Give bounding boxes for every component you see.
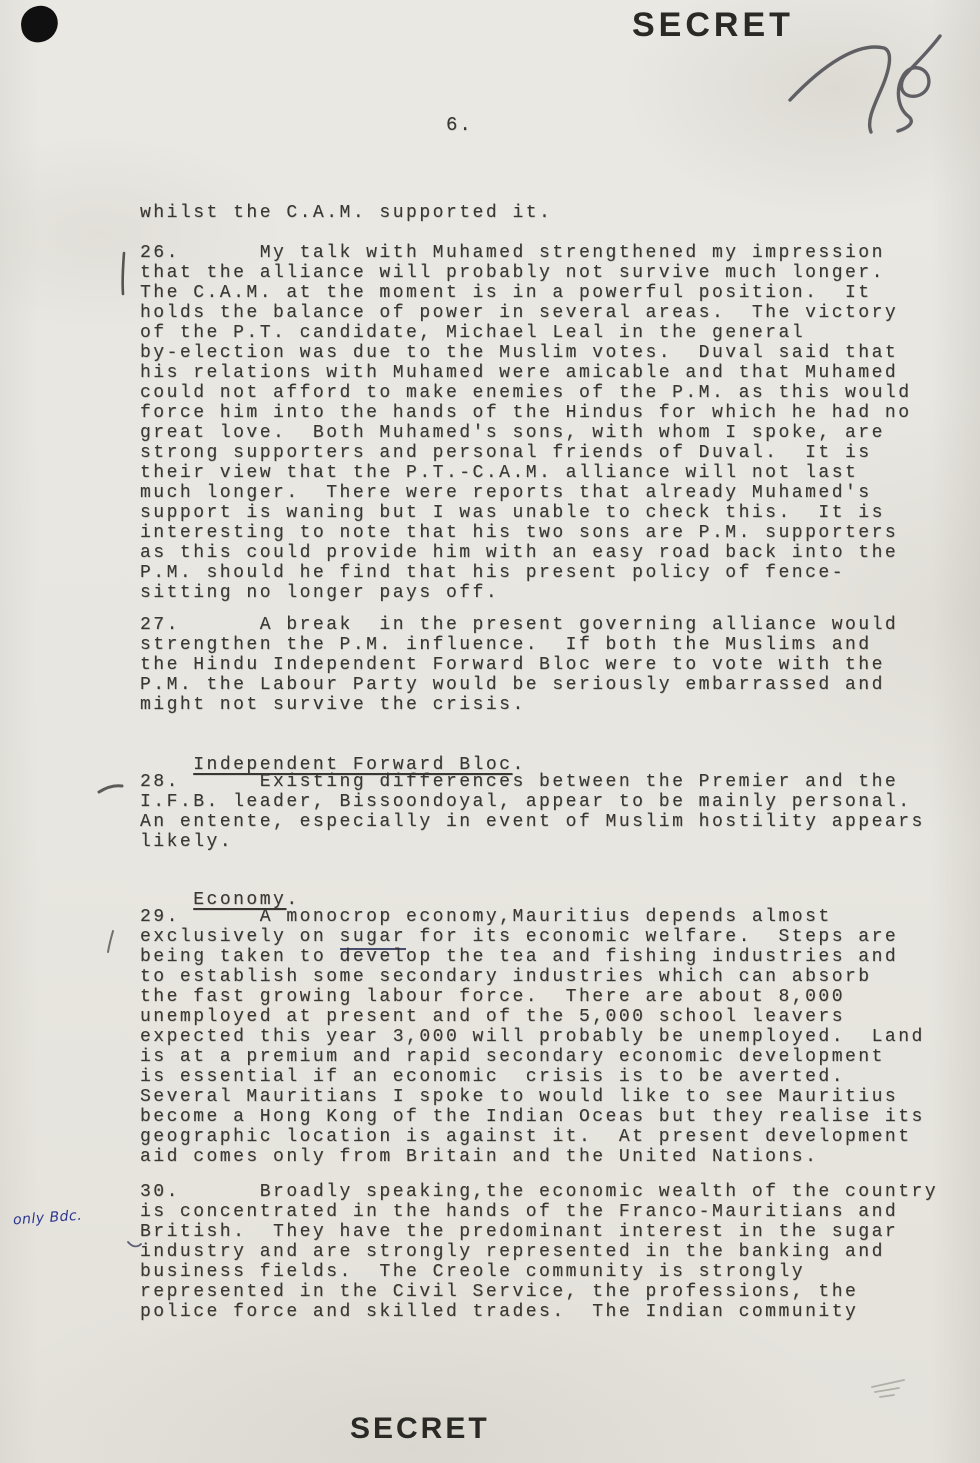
paragraph-30: 30. Broadly speaking,the economic wealth… <box>140 1182 938 1322</box>
text-line: much longer. There were reports that alr… <box>140 483 912 503</box>
text-line: holds the balance of power in several ar… <box>140 303 912 323</box>
text-line: great love. Both Muhamed's sons, with wh… <box>140 423 912 443</box>
text-line: might not survive the crisis. <box>140 695 898 715</box>
text-line: the Hindu Independent Forward Bloc were … <box>140 655 898 675</box>
text-line: exclusively on sugar for its economic we… <box>140 927 925 947</box>
classification-stamp-top: SECRET <box>632 6 794 45</box>
text-line: as this could provide him with an easy r… <box>140 543 912 563</box>
text-line: force him into the hands of the Hindus f… <box>140 403 912 423</box>
text-line: support is waning but I was unable to ch… <box>140 503 912 523</box>
text-line: Several Mauritians I spoke to would like… <box>140 1087 925 1107</box>
text-line: business fields. The Creole community is… <box>140 1262 938 1282</box>
page-number: 6. <box>446 115 473 135</box>
text-line: become a Hong Kong of the Indian Oceas b… <box>140 1107 925 1127</box>
text-line: British. They have the predominant inter… <box>140 1222 938 1242</box>
text-line: unemployed at present and of the 5,000 s… <box>140 1007 925 1027</box>
handwritten-margin-note: only Bdc. <box>13 1208 83 1229</box>
text-line: the fast growing labour force. There are… <box>140 987 925 1007</box>
hole-punch-mark <box>18 3 61 45</box>
text-line: 29. A monocrop economy,Mauritius depends… <box>140 907 925 927</box>
handwritten-folio-78 <box>790 36 940 132</box>
paragraph-27: 27. A break in the present governing all… <box>140 615 898 715</box>
text-line: likely. <box>140 832 925 852</box>
text-line: strong supporters and personal friends o… <box>140 443 912 463</box>
text-line: 28. Existing differences between the Pre… <box>140 772 925 792</box>
text-line: 27. A break in the present governing all… <box>140 615 898 635</box>
paragraph-26: 26. My talk with Muhamed strengthened my… <box>140 243 912 603</box>
text-line: of the P.T. candidate, Michael Leal in t… <box>140 323 912 343</box>
text-line: to establish some secondary industries w… <box>140 967 925 987</box>
text-line: their view that the P.T.-C.A.M. alliance… <box>140 463 912 483</box>
text-line: The C.A.M. at the moment is in a powerfu… <box>140 283 912 303</box>
text-line: could not afford to make enemies of the … <box>140 383 912 403</box>
text-line: police force and skilled trades. The Ind… <box>140 1302 938 1322</box>
text-line: is essential if an economic crisis is to… <box>140 1067 925 1087</box>
text-line: 30. Broadly speaking,the economic wealth… <box>140 1182 938 1202</box>
text-line: I.F.B. leader, Bissoondoyal, appear to b… <box>140 792 925 812</box>
classification-stamp-bottom: SECRET <box>350 1412 490 1446</box>
text-line: is concentrated in the hands of the Fran… <box>140 1202 938 1222</box>
text-line: An entente, especially in event of Musli… <box>140 812 925 832</box>
paragraph-29: 29. A monocrop economy,Mauritius depends… <box>140 907 925 1167</box>
text-line: is at a premium and rapid secondary econ… <box>140 1047 925 1067</box>
text-line: 26. My talk with Muhamed strengthened my… <box>140 243 912 263</box>
text-line: that the alliance will probably not surv… <box>140 263 912 283</box>
text-line: geographic location is against it. At pr… <box>140 1127 925 1147</box>
text-line: strengthen the P.M. influence. If both t… <box>140 635 898 655</box>
text-line: being taken to develop the tea and fishi… <box>140 947 925 967</box>
carryover-line: whilst the C.A.M. supported it. <box>140 203 552 223</box>
pen-slash-mark <box>108 931 113 952</box>
text-line: whilst the C.A.M. supported it. <box>140 203 552 223</box>
document-page: SECRET 6. whilst the C.A.M. supported it… <box>0 0 980 1463</box>
pen-dash-mark <box>99 786 122 792</box>
text-line: interesting to note that his two sons ar… <box>140 523 912 543</box>
text-line: industry and are strongly represented in… <box>140 1242 938 1262</box>
text-line: represented in the Civil Service, the pr… <box>140 1282 938 1302</box>
text-line: P.M. should he find that his present pol… <box>140 563 912 583</box>
text-line: his relations with Muhamed were amicable… <box>140 363 912 383</box>
text-line: aid comes only from Britain and the Unit… <box>140 1147 925 1167</box>
text-line: by-election was due to the Muslim votes.… <box>140 343 912 363</box>
text-line: expected this year 3,000 will probably b… <box>140 1027 925 1047</box>
text-line: P.M. the Labour Party would be seriously… <box>140 675 898 695</box>
text-line: sitting no longer pays off. <box>140 583 912 603</box>
pencil-scribble-mark <box>872 1380 904 1397</box>
paragraph-28: 28. Existing differences between the Pre… <box>140 772 925 852</box>
pen-tick-mark <box>123 253 124 294</box>
